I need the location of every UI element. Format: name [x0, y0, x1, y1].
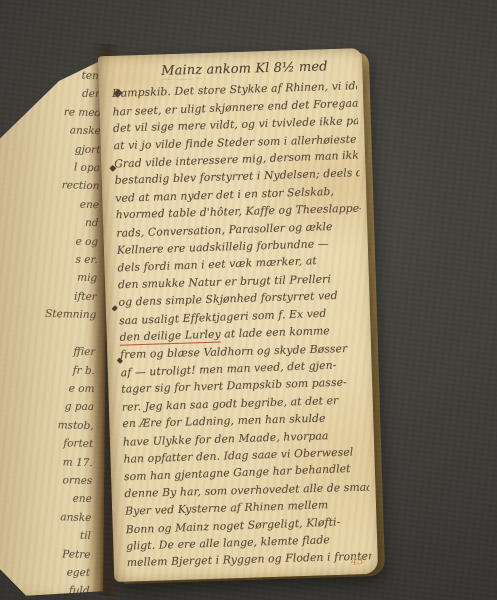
- previous-page-fragment: g paa: [2, 396, 94, 417]
- previous-page-fragment: Stemning: [4, 304, 96, 325]
- line-text: at lade een komme: [220, 324, 329, 340]
- previous-page-fragment: mig: [5, 267, 97, 288]
- manuscript-heading-line: Mainz ankom Kl 8½ med: [161, 58, 356, 81]
- previous-page-fragment: re med: [9, 102, 101, 123]
- previous-page-fragment: gjort: [8, 139, 100, 160]
- previous-page-fragment: den: [10, 83, 102, 104]
- previous-page-fragment: l opa: [8, 157, 100, 178]
- previous-page-text-fragments: ten,denre medanskegjortl oparectionenend…: [0, 65, 102, 600]
- manuscript-lines: Mainz ankom Kl 8½ medDampskib. Det store…: [111, 57, 372, 572]
- previous-page-fragment: anske: [0, 507, 92, 528]
- line-text: den smukke Natur er brugt til Prelleri: [118, 272, 331, 291]
- previous-page-fragment: anske: [9, 120, 101, 141]
- underlined-word: Mainz: [161, 63, 202, 81]
- line-text: en Ære for Ladning, men han skulde: [122, 412, 326, 430]
- previous-page-fragment: m 17.: [1, 451, 93, 472]
- previous-page-fragment: ene: [0, 488, 92, 509]
- previous-page-fragment: Petre: [0, 543, 91, 564]
- previous-page-fragment: ornes: [0, 470, 92, 491]
- previous-page-fragment: nd: [6, 212, 98, 233]
- line-text: mellem Bjerget i Ryggen og Floden i fron…: [127, 550, 372, 570]
- line-text: ankom Kl 8½ med: [202, 59, 328, 77]
- page-number: 43: [351, 556, 365, 568]
- previous-page-fragment: fortet: [1, 433, 93, 454]
- previous-page-fragment: fuld: [0, 580, 90, 600]
- binding-speck: [112, 305, 118, 311]
- previous-page-fragment: ifter: [5, 286, 97, 307]
- previous-page-fragment: til: [0, 525, 91, 546]
- previous-page-fragment: ffier: [3, 341, 95, 362]
- previous-page-fragment: s er.: [5, 249, 97, 270]
- previous-page-fragment: ten,: [10, 65, 102, 86]
- previous-page-fragment: e om: [2, 378, 94, 399]
- previous-page-fragment: [4, 323, 96, 344]
- previous-page-fragment: mstob,: [1, 415, 93, 436]
- manuscript-photo: ten,denre medanskegjortl oparectionenend…: [0, 0, 497, 600]
- previous-page-fragment: eget: [0, 562, 90, 583]
- journal-page: Mainz ankom Kl 8½ medDampskib. Det store…: [98, 48, 378, 582]
- previous-page-fragment: fr b.: [3, 359, 95, 380]
- previous-page-fragment: ene: [7, 194, 99, 215]
- previous-page-fragment: e og: [6, 231, 98, 252]
- previous-page-fragment: rection: [7, 175, 99, 196]
